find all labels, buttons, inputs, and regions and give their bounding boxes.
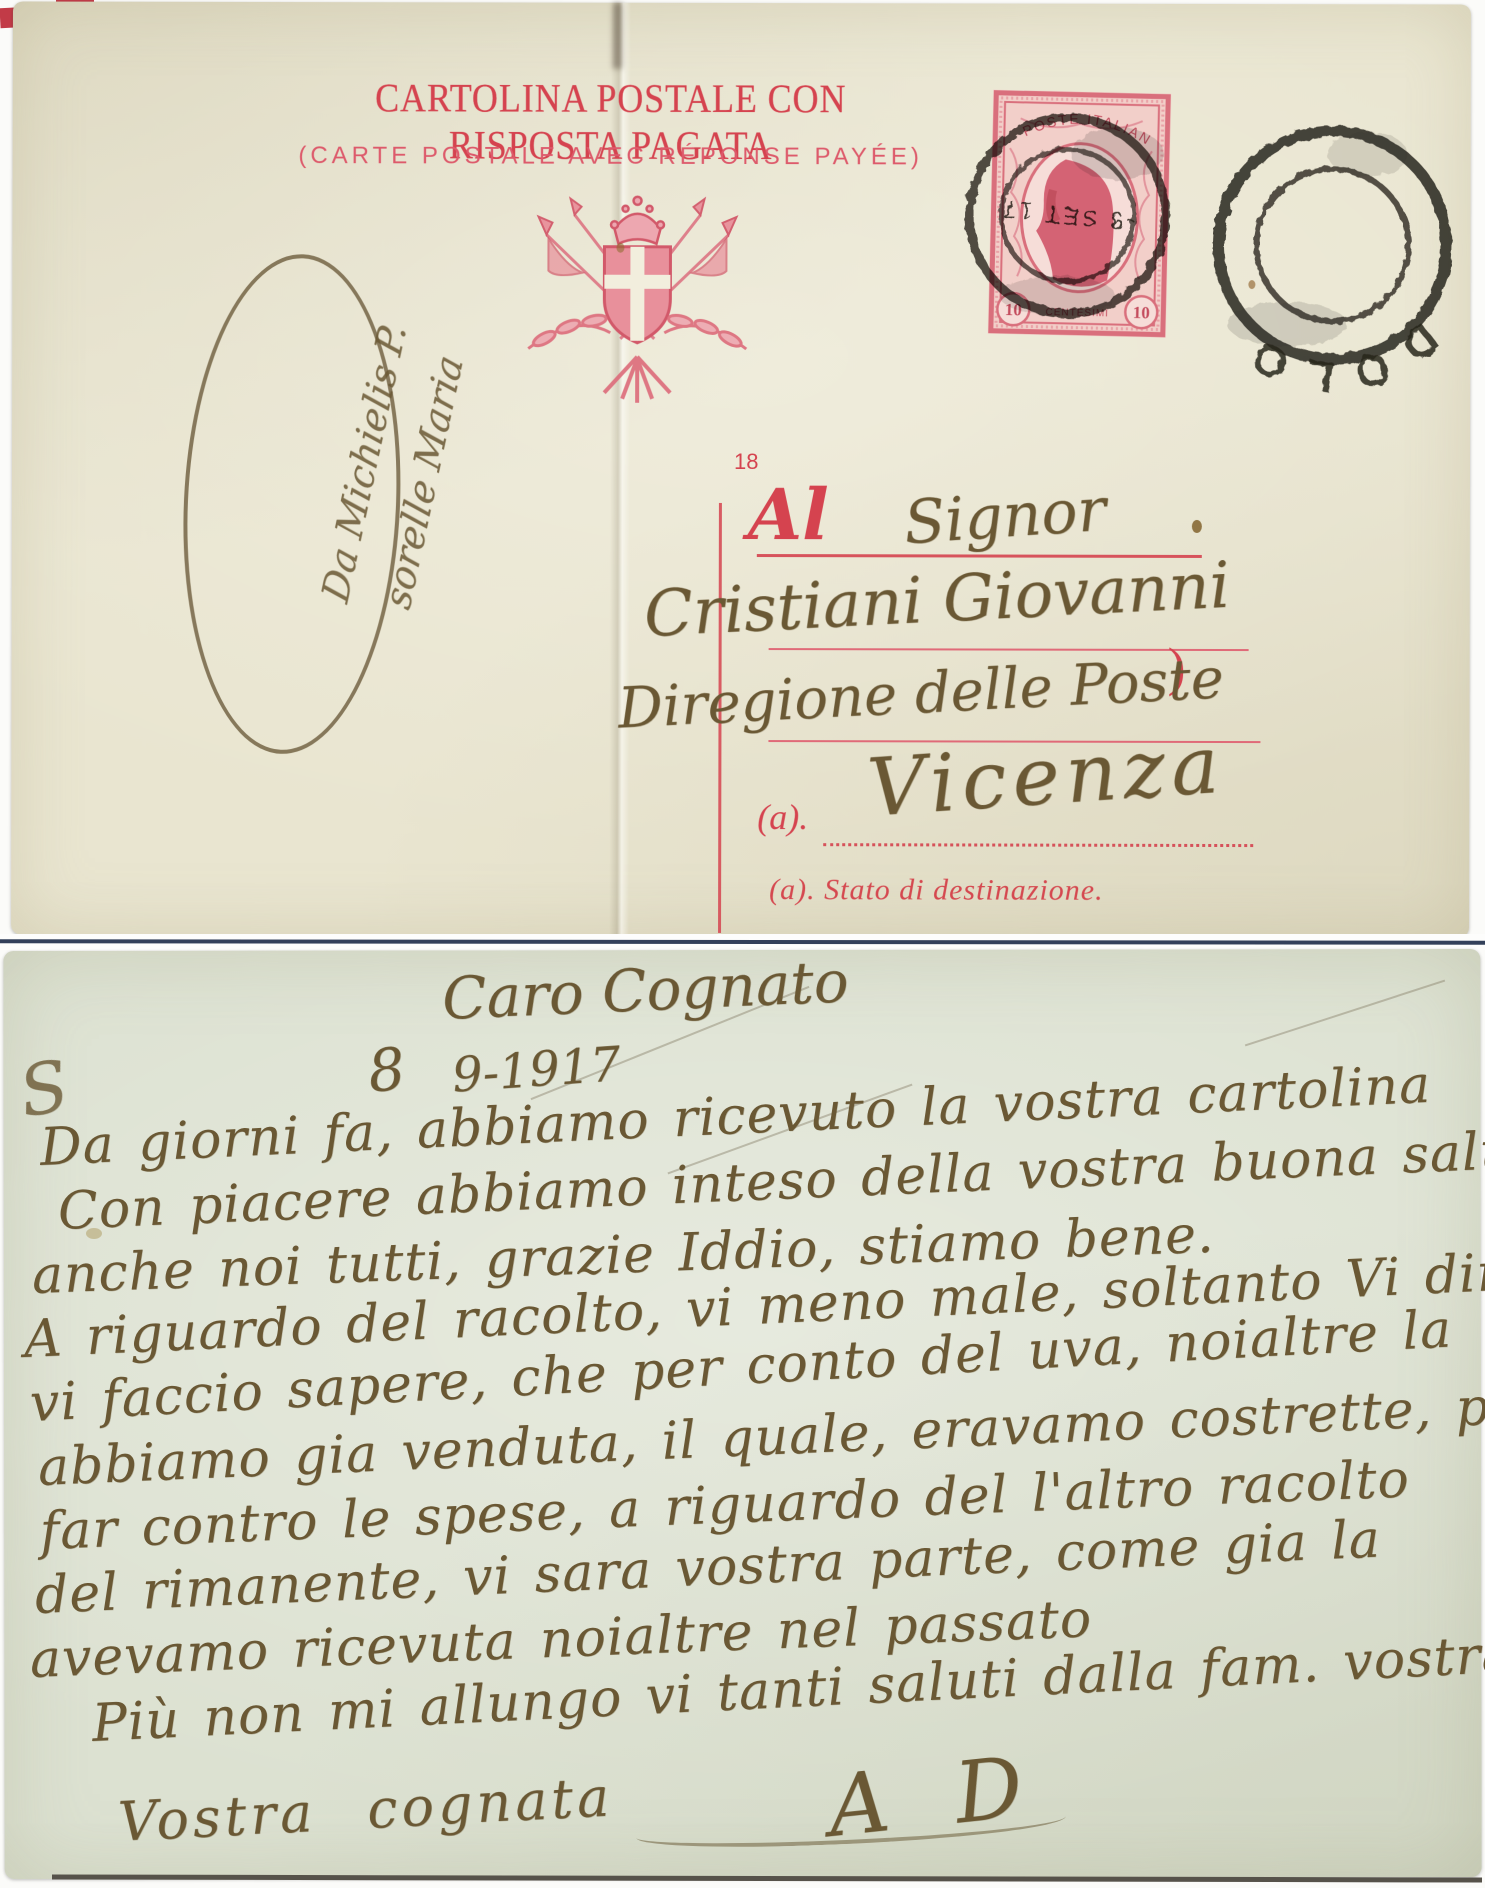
message-body: Da giorni fa, abbiamo ricevuto la vostra… [30, 1116, 1470, 1756]
handwritten-addressee-title: Signor [902, 475, 1108, 559]
form-number: 18 [734, 449, 759, 475]
postmark-cancellations: -9 SET 17 DOLO [937, 33, 1485, 424]
postcard-front: CARTOLINA POSTALE CON RISPOSTA PAGATA (C… [11, 1, 1471, 937]
printed-al-label: Al [748, 473, 829, 556]
paper-stain [1192, 520, 1202, 533]
destination-label: (a). [757, 796, 808, 838]
message-date-day: 8 [365, 1034, 409, 1105]
paper-stain [616, 243, 624, 253]
destination-footnote: (a). Stato di destinazione. [769, 873, 1104, 908]
fold-crease-shadow [613, 3, 622, 69]
handwritten-addressee-name: Cristiani Giovanni [642, 549, 1232, 652]
coat-of-arms [504, 189, 770, 408]
paper-stain [1248, 280, 1255, 289]
scanned-postcard-page: CARTOLINA POSTALE CON RISPOSTA PAGATA (C… [0, 0, 1485, 1888]
postmark-date: -9 SET 17 [999, 195, 1136, 236]
postcard-subtitle: (CARTE POSTALE AVEC RÉPONSE PAYÉE) [261, 142, 961, 171]
